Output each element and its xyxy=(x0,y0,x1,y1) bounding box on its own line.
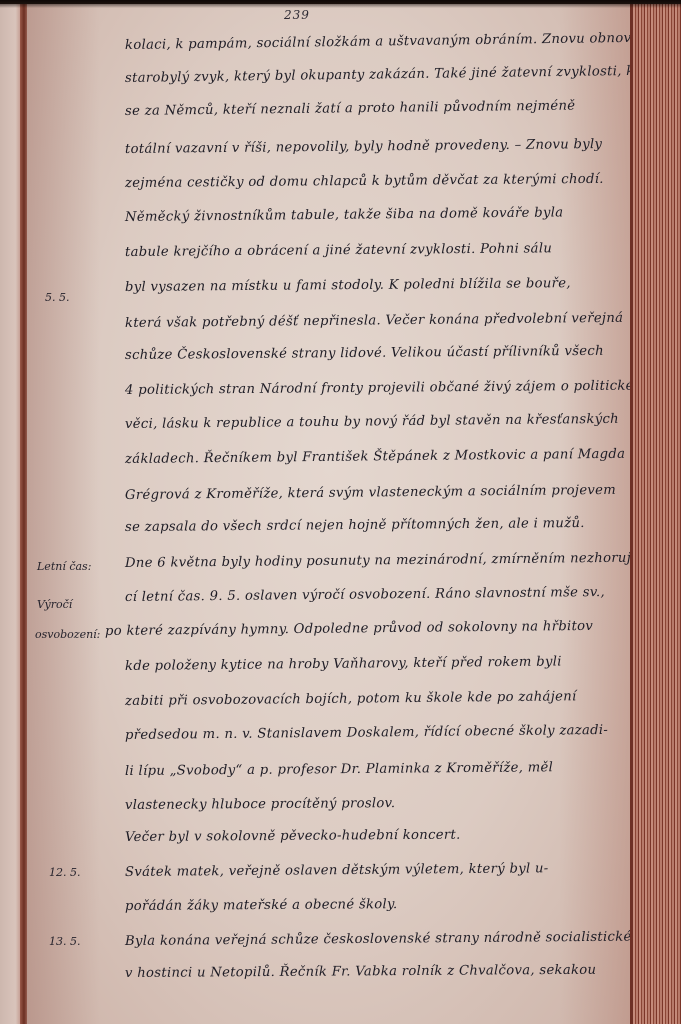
chronicle-page: 239 kolaci, k pampám, sociální složkám a… xyxy=(27,4,632,1024)
text-line: kolaci, k pampám, sociální složkám a ušt… xyxy=(125,31,655,53)
text-line: základech. Řečníkem byl František Štěpán… xyxy=(125,446,655,467)
text-line: se zapsala do všech srdcí nejen hojně př… xyxy=(125,515,655,535)
text-line: cí letní čas. 9. 5. oslaven výročí osvob… xyxy=(125,584,655,605)
text-line: se za Němců, kteří neznali žatí a proto … xyxy=(125,98,655,119)
text-line: Dne 6 května byly hodiny posunuty na mez… xyxy=(125,550,655,571)
text-line: kde položeny kytice na hroby Vaňharovy, … xyxy=(125,653,655,674)
text-line: která však potřebný déšť nepřinesla. Več… xyxy=(125,310,655,331)
text-line: pořádán žáky mateřské a obecné školy. xyxy=(125,895,655,914)
top-shadow xyxy=(0,0,681,8)
text-line: Svátek matek, veřejně oslaven dětským vý… xyxy=(125,860,655,880)
text-line: Grégrová z Kroměříže, která svým vlasten… xyxy=(125,482,655,503)
text-line: vlastenecky hluboce procítěný proslov. xyxy=(125,794,655,813)
text-line: Večer byl v sokolovně pěvecko-hudební ko… xyxy=(125,826,655,845)
margin-heading: Letní čas: xyxy=(37,560,91,573)
text-line: Něměcký živnostníkům tabule, takže šiba … xyxy=(125,204,655,225)
text-line: starobylý zvyk, který byl okupanty zakáz… xyxy=(125,64,655,86)
text-line: schůze Československé strany lidové. Vel… xyxy=(125,343,655,363)
text-line: zabiti při osvobozovacích bojích, potom … xyxy=(125,688,655,709)
text-line: totální vazavní v říši, nepovolily, byly… xyxy=(125,136,655,157)
text-line: li lípu „Svobody“ a p. profesor Dr. Plam… xyxy=(125,759,655,779)
text-line: byl vysazen na místku u fami stodoly. K … xyxy=(125,275,655,295)
text-line: v hostinci u Netopilů. Řečník Fr. Vabka … xyxy=(125,962,655,981)
margin-heading: osvobození: xyxy=(35,628,100,641)
text-line: věci, lásku k republice a touhu by nový … xyxy=(125,411,655,432)
text-line: tabule krejčího a obrácení a jiné žatevn… xyxy=(125,240,655,260)
margin-date: 5. 5. xyxy=(45,291,70,304)
text-line: po které zazpívány hymny. Odpoledne prův… xyxy=(105,618,635,639)
text-line: zejména cestičky od domu chlapců k bytům… xyxy=(125,171,655,191)
page-number: 239 xyxy=(284,8,310,22)
text-line: 4 politických stran Národní fronty proje… xyxy=(125,378,655,398)
margin-date: 13. 5. xyxy=(49,935,81,948)
margin-date: 12. 5. xyxy=(49,866,81,879)
text-line: předsedou m. n. v. Stanislavem Doskalem,… xyxy=(125,722,655,743)
book-page-edges xyxy=(630,4,681,1024)
margin-heading: Výročí xyxy=(37,598,72,611)
text-line: Byla konána veřejná schůze československ… xyxy=(125,929,655,949)
